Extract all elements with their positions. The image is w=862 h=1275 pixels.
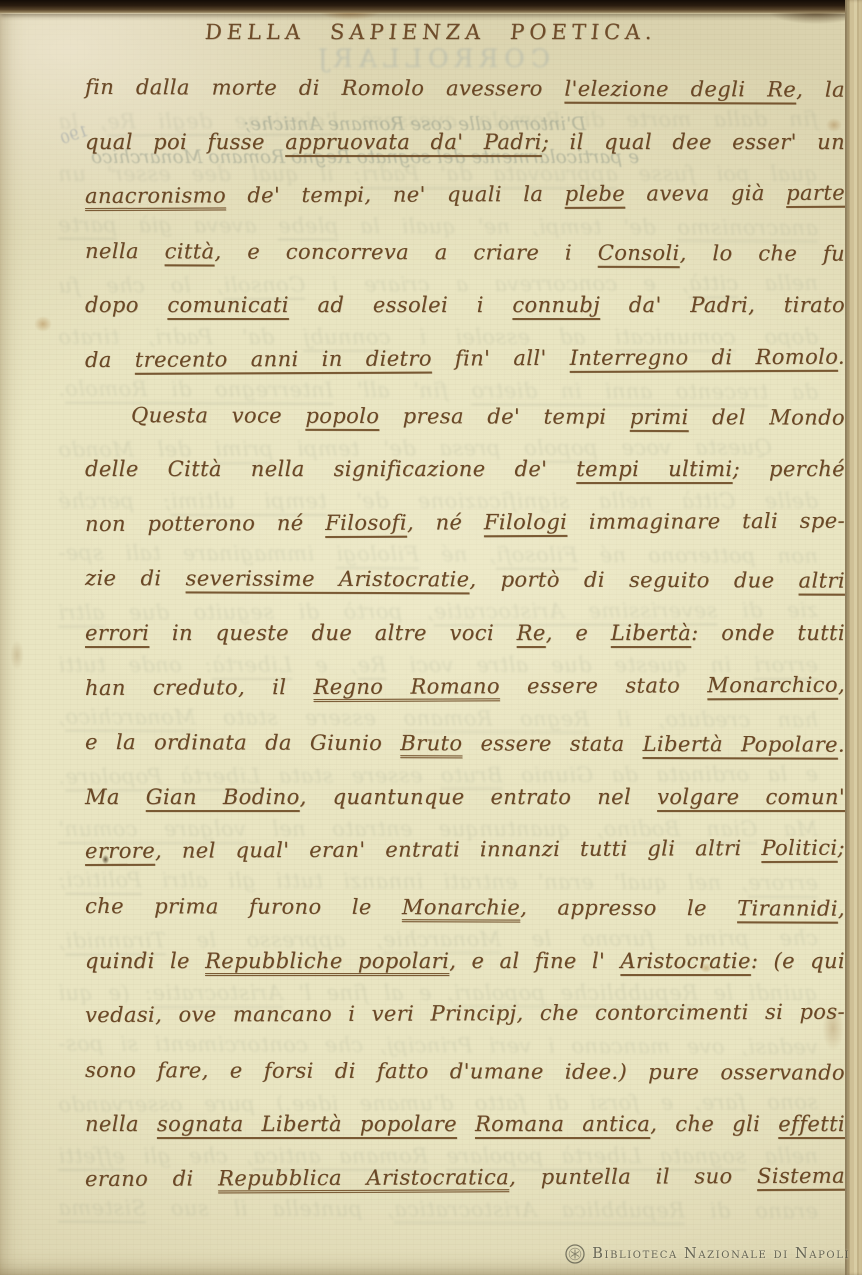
manuscript-line: zie di severissime Aristocratie, portò d…: [85, 551, 845, 608]
underlined-phrase: Interregno di Romolo: [570, 345, 838, 370]
underlined-phrase: comunicati: [167, 293, 289, 317]
text-segment: fin dalla morte di Romolo avessero: [85, 75, 565, 101]
underlined-phrase: sognata Libertà popolare: [157, 1112, 457, 1136]
text-segment: vedasi, ove mancano i veri Principj, che…: [85, 1000, 845, 1027]
text-segment: .: [58, 377, 65, 401]
underlined-phrase: Libertà: [611, 621, 691, 645]
underlined-phrase: Regno Romano: [313, 674, 500, 699]
text-segment: de' tempi, ne' quali la: [226, 182, 565, 207]
underlined-phrase: anacronismo: [85, 184, 226, 209]
underlined-phrase: tempi ultimi: [576, 457, 732, 481]
text-segment: erano di: [85, 1166, 218, 1191]
paper-stain: [10, 640, 24, 670]
text-segment: , puntella il suo: [509, 1164, 757, 1189]
text-segment: ,: [58, 929, 65, 953]
underlined-phrase: appruovata da' Padri: [285, 130, 542, 154]
text-segment: ; il qual dee esser' un: [542, 130, 845, 154]
underlined-phrase: Monarchico: [707, 672, 838, 697]
underlined-phrase: Romana antica: [475, 1112, 650, 1136]
manuscript-line: Questa voce popolo presa de' tempi primi…: [85, 388, 845, 445]
underlined-phrase: Consoli: [598, 241, 680, 265]
underlined-phrase: plebe: [565, 182, 626, 206]
watermark-label: Biblioteca Nazionale di Napoli: [592, 1246, 850, 1262]
text-segment: essere stata: [462, 731, 642, 756]
text-segment: , appresso le: [520, 895, 737, 920]
text-segment: che prima furono le: [85, 894, 402, 919]
underlined-phrase: altri: [799, 569, 846, 593]
underlined-phrase: Re: [517, 621, 546, 645]
text-segment: , nel qual' eran' entrati innanzi tutti …: [155, 836, 761, 863]
text-segment: ; perché: [733, 457, 845, 481]
manuscript-line: vedasi, ove mancano i veri Principj, che…: [85, 985, 845, 1043]
text-segment: fin' all': [432, 346, 570, 371]
text-segment: da: [85, 348, 135, 372]
text-segment: , quantunque entrato nel: [300, 785, 657, 809]
manuscript-line: anacronismo de' tempi, ne' quali la pleb…: [85, 166, 845, 224]
text-segment: da' Padri, tirato: [600, 293, 845, 317]
manuscript-line: han creduto, il Regno Romano essere stat…: [85, 657, 845, 715]
text-segment: zie di: [85, 566, 186, 590]
manuscript-lines: fin dalla morte di Romolo avessero l'ele…: [85, 60, 845, 1206]
text-segment: delle Città nella significazione de': [85, 457, 576, 481]
text-segment: , la: [796, 77, 845, 101]
manuscript-line: nella città, e concorreva a criare i Con…: [85, 224, 845, 281]
text-segment: nella: [85, 1112, 157, 1136]
underlined-phrase: l'elezione degli Re: [564, 77, 796, 102]
text-segment: , e: [546, 621, 611, 645]
manuscript-page-scan: fin dalla morte di Romolo avessero l'ele…: [0, 0, 862, 1275]
text-segment: Questa voce: [131, 403, 305, 428]
text-segment: in queste due altre voci: [149, 621, 516, 645]
underlined-phrase: Bruto: [400, 731, 462, 755]
manuscript-line: delle Città nella significazione de' tem…: [85, 442, 845, 497]
text-segment: , e concorreva a criare i: [214, 239, 597, 264]
underlined-phrase: città: [165, 239, 215, 263]
underlined-phrase: primi: [630, 404, 689, 428]
paper-stain: [34, 316, 52, 332]
page-fore-edge: [845, 0, 862, 1275]
underlined-phrase: effetti: [778, 1112, 845, 1136]
manuscript-line: errore, nel qual' eran' entrati innanzi …: [85, 821, 845, 879]
underlined-phrase: Gian Bodino: [146, 785, 300, 809]
text-segment: , e al fine l': [449, 949, 620, 973]
text-segment: Ma: [85, 785, 146, 809]
underlined-phrase: Filologi: [484, 510, 567, 534]
underlined-phrase: errori: [85, 621, 149, 645]
manuscript-line: che prima furono le Monarchie, appresso …: [85, 879, 845, 936]
underlined-phrase: parte: [786, 181, 845, 205]
underlined-phrase: connubj: [512, 293, 600, 317]
underlined-phrase: popolo: [305, 403, 379, 427]
manuscript-line: non potterono né Filosofi, né Filologi i…: [85, 493, 845, 551]
text-segment: .: [838, 345, 845, 369]
text-segment: sono fare, e forsi di fatto d'umane idee…: [85, 1058, 845, 1085]
underlined-phrase: Repubbliche popolari: [205, 949, 449, 973]
text-segment: , portò di seguito due: [469, 568, 798, 593]
text-segment: [457, 1112, 475, 1136]
manuscript-line: nella sognata Libertà popolare Romana an…: [85, 1097, 845, 1152]
text-segment: , lo che fu: [680, 241, 845, 266]
text-segment: .: [58, 765, 65, 789]
manuscript-line: da trecento anni in dietro fin' all' Int…: [85, 330, 845, 388]
text-segment: .: [838, 733, 845, 757]
manuscript-line: sono fare, e forsi di fatto d'umane idee…: [85, 1043, 845, 1100]
underlined-phrase: errore: [85, 839, 155, 863]
text-segment: , né: [407, 510, 484, 534]
manuscript-line: e la ordinata da Giunio Bruto essere sta…: [85, 715, 845, 772]
underlined-phrase: Tirannidi: [737, 896, 838, 920]
text-segment: presa de' tempi: [379, 404, 630, 429]
text-segment: ;: [837, 836, 845, 860]
text-segment: : (e qui: [751, 949, 845, 973]
manuscript-line: errori in queste due altre voci Re, e Li…: [85, 606, 845, 661]
text-segment: essere stato: [500, 673, 708, 698]
library-emblem-icon: [564, 1243, 586, 1265]
page-title: DELLA SAPIENZA POETICA.: [0, 20, 862, 44]
text-segment: e la ordinata da Giunio: [85, 730, 400, 755]
text-segment: ad essolei i: [289, 293, 513, 317]
text-segment: qual poi fusse: [85, 130, 285, 154]
underlined-phrase: trecento anni in dietro: [135, 346, 432, 371]
manuscript-line: Ma Gian Bodino, quantunque entrato nel v…: [85, 770, 845, 825]
underlined-phrase: Filosofi: [325, 510, 407, 534]
text-segment: dopo: [85, 293, 167, 317]
library-watermark: Biblioteca Nazionale di Napoli: [564, 1243, 850, 1265]
underlined-phrase: Aristocratie: [620, 949, 750, 973]
text-segment: ,: [58, 704, 65, 728]
manuscript-line: fin dalla morte di Romolo avessero l'ele…: [85, 60, 845, 117]
underlined-phrase: volgare comun': [657, 785, 845, 809]
book-binding-top-edge: [0, 0, 862, 14]
underlined-phrase: Repubblica Aristocratica: [218, 1165, 509, 1190]
manuscript-line: qual poi fusse appruovata da' Padri; il …: [85, 115, 845, 170]
text-segment: non potterono né: [85, 511, 325, 536]
underlined-phrase: Sistema: [757, 1164, 845, 1188]
text-segment: quindi le: [85, 949, 205, 973]
text-segment: , che gli: [650, 1112, 778, 1136]
underlined-phrase: Libertà Popolare: [643, 732, 838, 757]
underlined-phrase: severissime Aristocratie: [186, 567, 470, 592]
text-segment: del Mondo: [689, 405, 845, 430]
text-segment: nella: [85, 239, 165, 263]
manuscript-line: dopo comunicati ad essolei i connubj da'…: [85, 278, 845, 333]
text-segment: han creduto, il: [85, 675, 314, 700]
manuscript-line: erano di Repubblica Aristocratica, punte…: [85, 1149, 845, 1207]
manuscript-line: quindi le Repubbliche popolari, e al fin…: [85, 934, 845, 989]
text-segment: : onde tutti: [691, 621, 845, 645]
underlined-phrase: Politici: [761, 836, 837, 860]
text-segment: aveva già: [625, 181, 786, 206]
text-segment: ,: [838, 897, 845, 921]
text-segment: immaginare tali spe-: [567, 508, 845, 533]
text-segment: ;: [58, 868, 66, 892]
text-segment: ,: [838, 672, 845, 696]
underlined-phrase: Monarchie: [402, 895, 520, 919]
